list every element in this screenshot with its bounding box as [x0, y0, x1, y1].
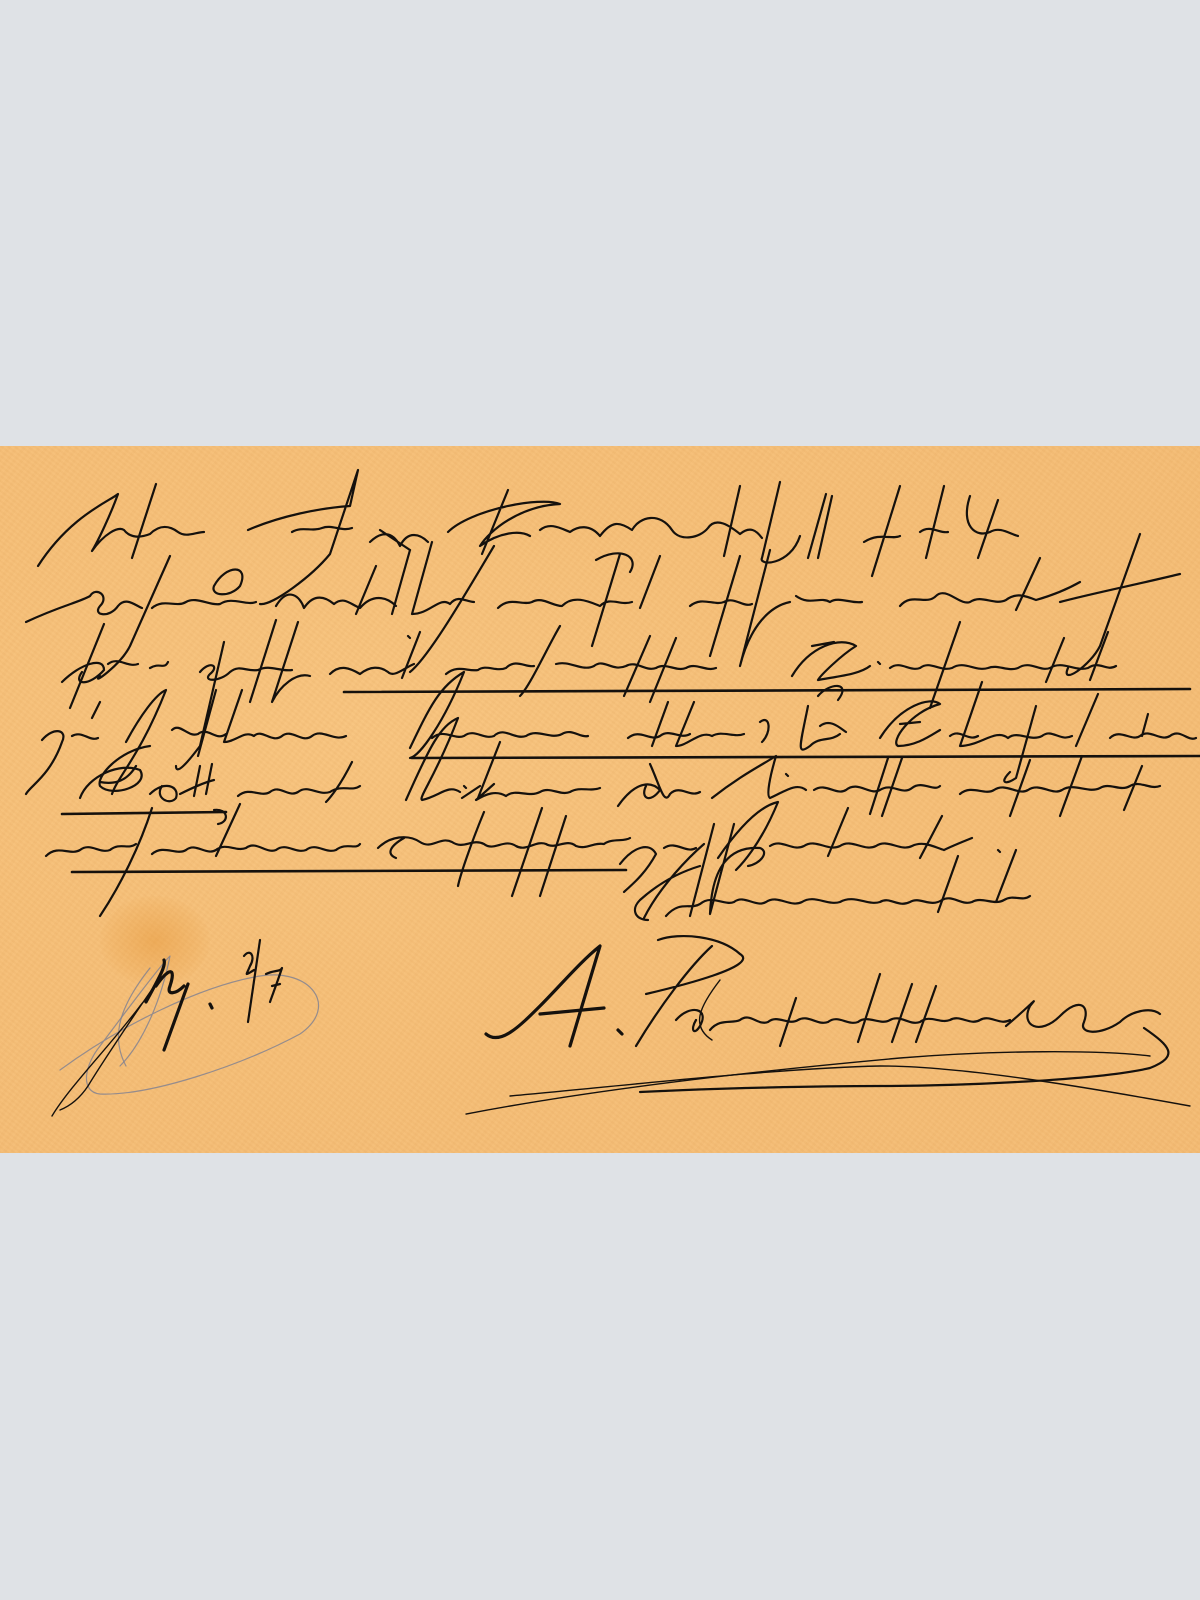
postcard: Unser Herr Kratochwill hat Sie doch ausd…	[0, 446, 1200, 1153]
image-viewer: Unser Herr Kratochwill hat Sie doch ausd…	[0, 0, 1200, 1600]
ink-line-3	[62, 620, 1190, 708]
handwriting-strokes	[0, 446, 1200, 1153]
ink-line-1	[38, 470, 1018, 604]
ink-signature	[466, 936, 1190, 1114]
ink-line-2	[26, 534, 1180, 679]
ink-annotation	[52, 940, 319, 1116]
